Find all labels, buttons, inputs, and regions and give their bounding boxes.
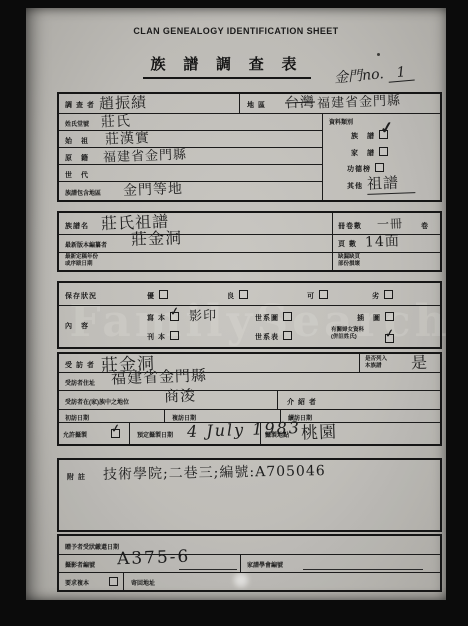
section-genealogy-book: 族譜名 莊氏祖譜 冊卷數 一冊 卷 最新版本編纂者 莊金洞 頁 數 14面 最新… <box>57 211 442 272</box>
divider <box>164 409 165 422</box>
english-title: CLAN GENEALOGY IDENTIFICATION SHEET <box>26 26 446 36</box>
condition-label: 保存狀況 <box>65 291 97 301</box>
listed-in-genealogy-label: 是否列入 本族譜 <box>365 356 387 370</box>
content-manuscript-checkbox: ✓ <box>170 312 179 321</box>
region-struck-value: 台灣 <box>285 91 316 112</box>
genealogy-name-label: 族譜名 <box>65 221 89 231</box>
content-manuscript: 寫 本✓ <box>147 312 179 323</box>
blank-line <box>179 569 237 570</box>
check-mark: ✓ <box>169 304 181 318</box>
divider <box>59 390 440 391</box>
content-manuscript-note: 影印 <box>189 305 218 325</box>
category-other-value: 祖譜 <box>367 171 416 195</box>
society-number-label: 家譜學會編號 <box>247 560 283 569</box>
divider <box>59 164 322 165</box>
check-mark: ✓ <box>384 326 395 340</box>
interviewee-label: 受 訪 者 <box>65 360 95 370</box>
content-illustrations-checkbox <box>385 312 394 321</box>
filming-location-value: 桃園 <box>301 417 338 443</box>
photographer-number-value: A375-6 <box>117 547 191 570</box>
final-draft-year-label: 最新定稿年份 或序跋日期 <box>65 254 98 268</box>
origin-value: 福建省金門縣 <box>103 144 188 166</box>
divider <box>59 305 440 306</box>
copy-request-checkbox <box>109 577 118 586</box>
first-ancestor-label: 始 祖 <box>65 136 89 146</box>
content-lineage-chart-checkbox <box>283 312 292 321</box>
blank-line <box>303 569 423 570</box>
surveyor-label: 調 查 者 <box>65 100 95 110</box>
divider <box>322 113 323 200</box>
divider <box>59 147 322 148</box>
filming-permission-checkbox: ✓ <box>111 429 120 438</box>
check-mark: ✓ <box>110 421 121 435</box>
divider <box>59 181 322 182</box>
category-family-genealogy-checkbox <box>379 147 388 156</box>
section-survey-info: 調 查 者 趙振績 地 區 台灣 福建省金門縣 姓氏堂號 莊氏 始 祖 莊漢實 … <box>57 92 442 202</box>
content-printed: 刊 本 <box>147 331 179 342</box>
photographer-number-label: 攝影者編號 <box>65 560 95 569</box>
mailing-address-label: 寄回地址 <box>131 578 155 587</box>
missing-damaged-label: 缺漏缺頁 部份損壞 <box>338 254 360 268</box>
condition-excellent-label: 優 <box>147 293 155 300</box>
divider <box>239 94 240 113</box>
generations-label: 世 代 <box>65 170 89 180</box>
origin-label: 原 籍 <box>65 153 89 163</box>
first-visit-date-label: 初訪日期 <box>65 413 89 422</box>
check-mark: ✓ <box>379 117 396 138</box>
condition-poor-label: 劣 <box>372 293 380 300</box>
section-numbers: 贈予者受狀繳還日期 攝影者編號 A375-6 家譜學會編號 要求複本 寄回地址 <box>57 534 442 592</box>
section-notes: 附 註 技術學院;二巷三;編號:A705046 <box>57 458 442 532</box>
divider <box>129 422 130 444</box>
content-illustrations-label: 插 圖 <box>357 315 381 322</box>
missing-damaged-label-line2: 部份損壞 <box>338 261 360 268</box>
content-label: 內 容 <box>65 321 89 331</box>
content-printed-label: 刊 本 <box>147 334 166 341</box>
condition-poor-checkbox <box>384 290 393 299</box>
divider <box>123 572 124 590</box>
filming-location-label: 攝製地點 <box>265 430 289 439</box>
content-women-data-checkbox: ✓ <box>385 334 394 343</box>
content-illustrations: 插 圖 <box>357 312 394 323</box>
final-draft-year-label-line2: 或序跋日期 <box>65 261 98 268</box>
category-clan-genealogy: 族 譜✓ <box>351 130 388 141</box>
category-family-genealogy-label: 家 譜 <box>351 150 375 157</box>
content-lineage-table-checkbox <box>283 331 292 340</box>
content-manuscript-label: 寫 本 <box>147 315 166 322</box>
condition-excellent-checkbox <box>159 290 168 299</box>
divider <box>332 213 333 270</box>
listed-in-genealogy-label-line1: 是否列入 <box>365 356 387 363</box>
second-visit-date-label: 複訪日期 <box>172 413 196 422</box>
condition-fair-label: 可 <box>307 293 315 300</box>
divider <box>277 390 278 409</box>
divider <box>240 554 241 572</box>
category-family-genealogy: 家 譜 <box>351 147 388 158</box>
content-women-data-label-line1: 有關婦女資料 <box>331 327 364 334</box>
pages-label: 頁 數 <box>338 239 357 249</box>
notes-label: 附 註 <box>67 472 86 482</box>
clan-position-value: 商浚 <box>164 384 197 406</box>
sheet-number-value: 1 <box>387 64 414 83</box>
divider <box>59 130 322 131</box>
compiler-label: 最新版本編纂者 <box>65 240 107 249</box>
condition-poor: 劣 <box>372 290 393 301</box>
coverage-label: 族譜包含地區 <box>65 188 101 197</box>
chinese-title: 族 譜 調 查 表 <box>143 53 311 79</box>
microfilm-frame: FamilySearch CLAN GENEALOGY IDENTIFICATI… <box>0 0 468 626</box>
volumes-suffix: 卷 <box>421 221 429 231</box>
interviewee-address-label: 受訪者住址 <box>65 378 95 387</box>
surname-hall-label: 姓氏堂號 <box>65 119 89 128</box>
introducer-label: 介 紹 者 <box>287 397 317 407</box>
condition-good: 良 <box>227 290 248 301</box>
notes-value: 技術學院;二巷三;編號:A705046 <box>103 460 326 484</box>
section-condition-content: 保存狀況 優 良 可 劣 內 容 寫 本✓ 影印 世系圖 插 圖 刊 本 世系表 <box>57 281 442 349</box>
region-value: 福建省金門縣 <box>317 90 402 112</box>
pages-value: 14面 <box>365 230 401 251</box>
final-draft-year-label-line1: 最新定稿年份 <box>65 254 98 261</box>
coverage-value: 金門等地 <box>123 178 184 200</box>
film-speck-dark <box>377 53 380 56</box>
clan-position-label: 受訪者在(家)族中之地位 <box>65 397 129 406</box>
volumes-label: 冊卷數 <box>338 221 362 231</box>
content-printed-checkbox <box>170 331 179 340</box>
category-other-label: 其他 <box>347 181 363 191</box>
scheduled-filming-date-label: 預定攝製日期 <box>137 430 173 439</box>
divider <box>59 409 440 410</box>
condition-good-label: 良 <box>227 293 235 300</box>
divider <box>59 572 440 573</box>
copy-request-label: 要求複本 <box>65 578 89 587</box>
listed-in-genealogy-label-line2: 本族譜 <box>365 363 387 370</box>
compiler-value: 莊金洞 <box>131 225 183 250</box>
divider <box>359 354 360 372</box>
section-interviewee: 受 訪 者 莊金洞 是否列入 本族譜 是 受訪者住址 福建省金門縣 受訪者在(家… <box>57 352 442 446</box>
category-merit-board-checkbox <box>375 163 384 172</box>
condition-fair-checkbox <box>319 290 328 299</box>
filming-permission-label: 允許攝製 <box>63 430 87 439</box>
content-lineage-chart: 世系圖 <box>255 312 292 323</box>
condition-good-checkbox <box>239 290 248 299</box>
category-clan-genealogy-checkbox: ✓ <box>379 130 388 139</box>
listed-in-genealogy-value: 是 <box>411 350 429 374</box>
category-clan-genealogy-label: 族 譜 <box>351 133 375 140</box>
donation-return-date-label: 贈予者受狀繳還日期 <box>65 542 119 551</box>
content-lineage-chart-label: 世系圖 <box>255 315 279 322</box>
content-women-data-label: 有關婦女資料 (併註姓氏) <box>331 327 364 341</box>
content-lineage-table: 世系表 <box>255 331 292 342</box>
content-women-data-label-line2: (併註姓氏) <box>331 334 364 341</box>
data-category-header: 資料類別 <box>329 117 353 126</box>
sheet-number-prefix: 金門no. <box>334 66 385 86</box>
region-label: 地 區 <box>247 100 266 110</box>
condition-excellent: 優 <box>147 290 168 301</box>
condition-fair: 可 <box>307 290 328 301</box>
divider <box>59 252 440 253</box>
content-lineage-table-label: 世系表 <box>255 334 279 341</box>
missing-damaged-label-line1: 缺漏缺頁 <box>338 254 360 261</box>
